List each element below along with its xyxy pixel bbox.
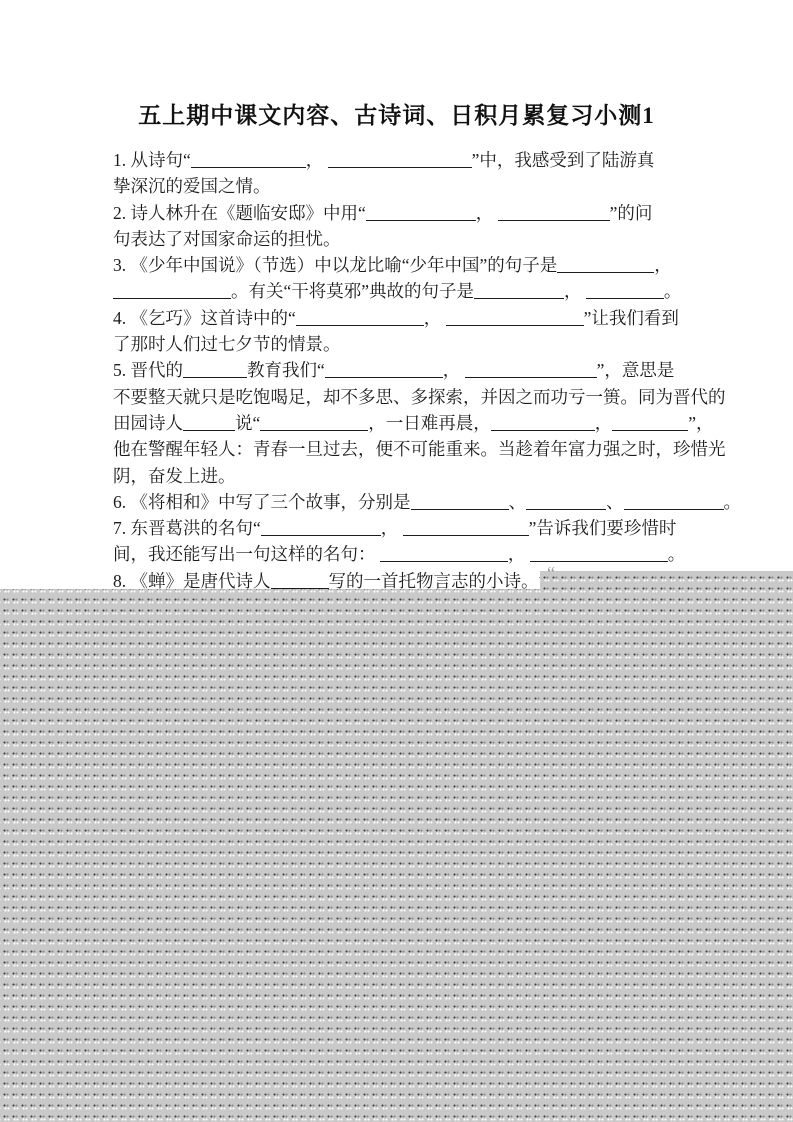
text-run: 写的一首托物言志的小诗。诗中 [329,571,574,591]
text-run: ， [476,203,498,223]
text-run: ， [508,544,530,564]
fill-blank [612,415,688,431]
text-line: 5. 晋代的教育我们“， ”，意思是 [113,357,691,383]
fill-blank [446,310,584,326]
text-run: ”的问 [610,203,653,223]
text-line: 田园诗人说“，一日难再晨，，”， [113,410,691,436]
text-run: 挚深沉的爱国之情。 [113,176,271,196]
text-run: ， [443,360,465,380]
text-line: 他在警醒年轻人：青春一旦过去，便不可能重来。当趁着年富力强之时，珍惜光 [113,436,691,462]
text-run: 了那时人们过七夕节的情景。 [113,334,341,354]
document-body: 1. 从诗句“， ”中，我感受到了陆游真挚深沉的爱国之情。2. 诗人林升在《题临… [113,147,691,594]
text-run: ”，意思是 [597,360,675,380]
text-run: ， [381,518,403,538]
fill-blank [366,205,476,221]
fill-blank [474,283,564,299]
text-run: ”告诉我们要珍惜时 [529,518,677,538]
text-run: ，一日难再晨， [368,413,491,433]
text-line: 6. 《将相和》中写了三个故事，分别是、、。 [113,489,691,515]
text-run: 田园诗人 [113,413,183,433]
text-line: 1. 从诗句“， ”中，我感受到了陆游真 [113,147,691,173]
text-run: ， [654,255,672,275]
fill-blank [325,362,443,378]
fill-blank [557,257,654,273]
fill-blank [271,573,329,589]
text-run: 。 [668,544,686,564]
text-run: ”中，我感受到了陆游真 [472,150,655,170]
fill-blank [624,494,724,510]
fill-blank [260,415,368,431]
fill-blank [465,362,597,378]
fill-blank [183,362,247,378]
text-run: 2. 诗人林升在《题临安邸》中用“ [113,203,366,223]
text-line: 了那时人们过七夕节的情景。 [113,331,691,357]
text-line: 阴，奋发上进。 [113,463,691,489]
text-run: 3. 《少年中国说》（节选）中以龙比喻“少年中国”的句子是 [113,255,557,275]
text-run: 他在警醒年轻人：青春一旦过去，便不可能重来。当趁着年富力强之时，珍惜光 [113,439,726,459]
document-page: 五上期中课文内容、古诗词、日积月累复习小测1 1. 从诗句“， ”中，我感受到了… [0,0,793,1122]
fill-blank [403,520,529,536]
fill-blank [586,283,664,299]
fill-blank [113,283,231,299]
text-run: 、 [606,492,624,512]
fill-blank [380,546,508,562]
text-run: 不要整天就只是吃饱喝足，却不多思、多探索，并因之而功亏一篑。同为晋代的 [113,387,726,407]
fill-blank [498,205,610,221]
text-line: 。有关“干将莫邪”典故的句子是， 。 [113,278,691,304]
text-line: 4. 《乞巧》这首诗中的“， ”让我们看到 [113,305,691,331]
page-title: 五上期中课文内容、古诗词、日积月累复习小测1 [0,0,793,131]
text-run: 7. 东晋葛洪的名句“ [113,518,261,538]
text-run: 阴，奋发上进。 [113,466,236,486]
text-line: 3. 《少年中国说》（节选）中以龙比喻“少年中国”的句子是， [113,252,691,278]
text-line: 7. 东晋葛洪的名句“， ”告诉我们要珍惜时 [113,515,691,541]
text-run: 教育我们“ [247,360,325,380]
text-line: 句表达了对国家命运的担忧。 [113,226,691,252]
text-run: 6. 《将相和》中写了三个故事，分别是 [113,492,411,512]
text-run: ”让我们看到 [584,308,679,328]
fill-blank [183,415,235,431]
fill-blank [261,520,381,536]
text-run: 、 [509,492,527,512]
fill-blank [191,152,306,168]
text-line: 间，我还能写出一句这样的名句： ， 。 [113,541,691,567]
text-run: 间，我还能写出一句这样的名句： [113,544,380,564]
text-run: ， [564,281,586,301]
text-run: 。 [724,492,742,512]
text-run: 4. 《乞巧》这首诗中的“ [113,308,296,328]
text-run: ”， [688,413,713,433]
text-line: 2. 诗人林升在《题临安邸》中用“， ”的问 [113,200,691,226]
text-line: 挚深沉的爱国之情。 [113,173,691,199]
text-run: 5. 晋代的 [113,360,183,380]
text-run: 。有关“干将莫邪”典故的句子是 [231,281,474,301]
text-run: 8. 《蝉》是唐代诗人 [113,571,271,591]
text-run: ， [306,150,328,170]
text-line: 不要整天就只是吃饱喝足，却不多思、多探索，并因之而功亏一篑。同为晋代的 [113,384,691,410]
text-run: 句表达了对国家命运的担忧。 [113,229,341,249]
fill-blank [530,546,668,562]
text-run: ， [595,413,613,433]
partial-quote-text: “ [547,563,555,584]
text-run: 说“ [235,413,260,433]
text-run: 1. 从诗句“ [113,150,191,170]
fill-blank [526,494,606,510]
fill-blank [296,310,424,326]
fill-blank [491,415,595,431]
fill-blank [411,494,509,510]
text-run: 。 [664,281,682,301]
text-run: ， [424,308,446,328]
fill-blank [328,152,472,168]
